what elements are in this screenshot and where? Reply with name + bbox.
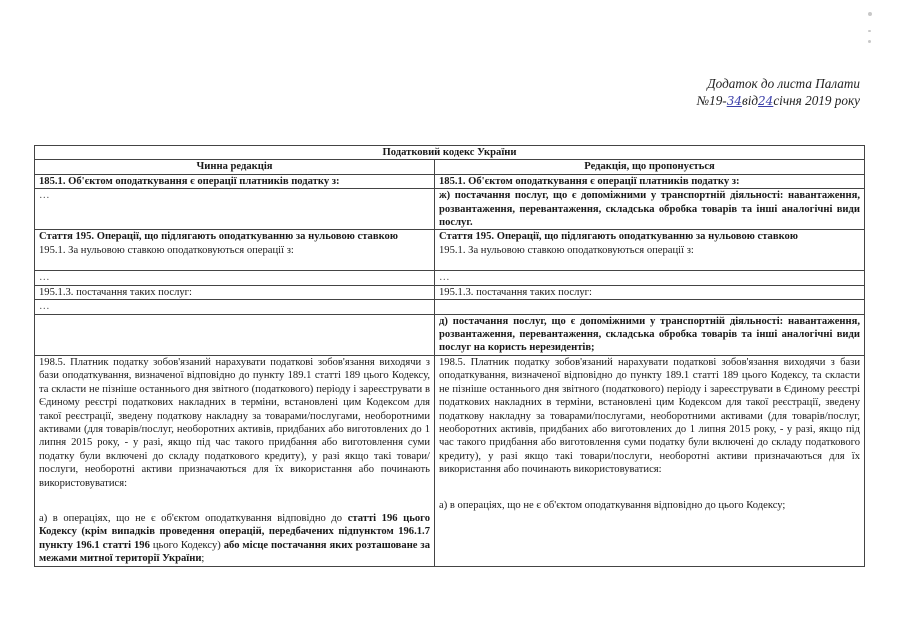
cell-current: 195.1.3. постачання таких послуг:	[35, 285, 435, 299]
table-row: … ж) постачання послуг, що є допоміжними…	[35, 189, 865, 230]
handwritten-day: 24	[758, 94, 773, 108]
cell-proposed: д) постачання послуг, що є допоміжними у…	[435, 314, 865, 355]
date-suffix: січня 2019 року	[773, 93, 860, 108]
cell-proposed: …	[435, 271, 865, 285]
table-row: Стаття 195. Операції, що підлягають опод…	[35, 230, 865, 271]
column-header-current: Чинна редакція	[35, 160, 435, 174]
comparison-table: Податковий кодекс України Чинна редакція…	[34, 145, 865, 567]
cell-current	[35, 314, 435, 355]
paragraph-198-5: 198.5. Платник податку зобов'язаний нара…	[439, 356, 860, 477]
cell-proposed: 195.1.3. постачання таких послуг:	[435, 285, 865, 299]
article-heading: Стаття 195. Операції, що підлягають опод…	[439, 230, 860, 243]
handwritten-number: 34	[727, 94, 742, 108]
cell-current: 185.1. Об'єктом оподаткування є операції…	[35, 174, 435, 188]
paragraph-198-5: 198.5. Платник податку зобов'язаний нара…	[39, 356, 430, 490]
table-row: 185.1. Об'єктом оподаткування є операції…	[35, 174, 865, 188]
article-text: 195.1. За нульовою ставкою оподатковують…	[439, 244, 860, 257]
cell-current: Стаття 195. Операції, що підлягають опод…	[35, 230, 435, 271]
annex-line-2: №19-34від24січня 2019 року	[697, 92, 860, 110]
table-row: …	[35, 300, 865, 314]
cell-proposed: Стаття 195. Операції, що підлягають опод…	[435, 230, 865, 271]
text-fragment: а) в операціях, що не є об'єктом оподатк…	[39, 513, 348, 524]
from-word: від	[742, 93, 758, 108]
article-text: 195.1. За нульовою ставкою оподатковують…	[39, 244, 430, 257]
subparagraph-a: а) в операціях, що не є об'єктом оподатк…	[39, 512, 430, 566]
scan-artifacts	[868, 12, 874, 43]
cell-current: …	[35, 271, 435, 285]
cell-current: 198.5. Платник податку зобов'язаний нара…	[35, 355, 435, 566]
table-row: … …	[35, 271, 865, 285]
text-fragment: ;	[201, 553, 204, 564]
letter-number-prefix: №19-	[697, 93, 727, 108]
annex-line-1: Додаток до листа Палати	[697, 75, 860, 92]
annex-note: Додаток до листа Палати №19-34від24січня…	[697, 75, 860, 110]
cell-proposed: ж) постачання послуг, що є допоміжними у…	[435, 189, 865, 230]
table-row: 195.1.3. постачання таких послуг: 195.1.…	[35, 285, 865, 299]
cell-proposed: 198.5. Платник податку зобов'язаний нара…	[435, 355, 865, 566]
cell-current: …	[35, 189, 435, 230]
cell-proposed: 185.1. Об'єктом оподаткування є операції…	[435, 174, 865, 188]
table-row: д) постачання послуг, що є допоміжними у…	[35, 314, 865, 355]
text-fragment: цього Кодексу)	[150, 540, 224, 551]
table-title: Податковий кодекс України	[35, 146, 865, 160]
column-header-proposed: Редакція, що пропонується	[435, 160, 865, 174]
cell-current: …	[35, 300, 435, 314]
cell-proposed	[435, 300, 865, 314]
article-heading: Стаття 195. Операції, що підлягають опод…	[39, 230, 430, 243]
table-row: 198.5. Платник податку зобов'язаний нара…	[35, 355, 865, 566]
subparagraph-a: а) в операціях, що не є об'єктом оподатк…	[439, 499, 860, 512]
